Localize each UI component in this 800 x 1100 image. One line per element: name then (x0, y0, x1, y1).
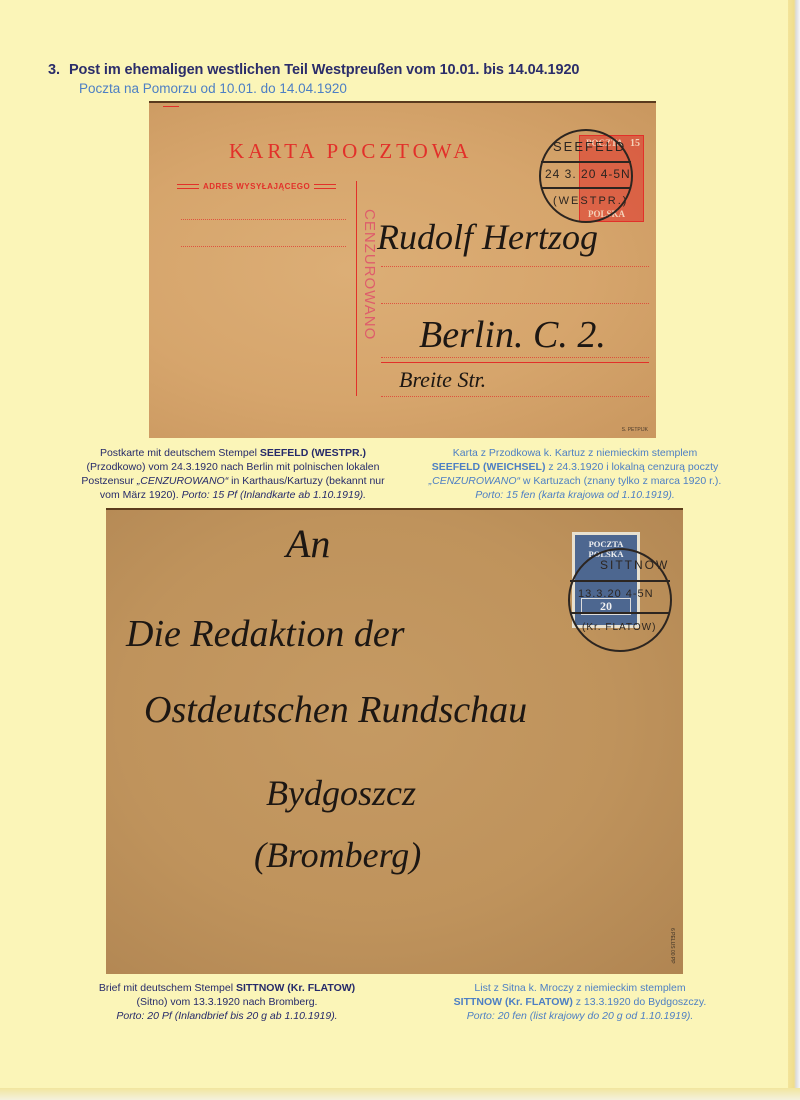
section-number: 3. (48, 62, 65, 78)
decorative-rule (314, 184, 336, 189)
stamp-top-text: POCZTA (575, 539, 637, 549)
section-title-text: Post im ehemaligen westlichen Teil Westp… (69, 62, 579, 78)
postmark-bar (570, 580, 670, 582)
address-line (381, 396, 649, 397)
sender-label-text: ADRES WYSYŁAJĄCEGO (203, 182, 310, 191)
caption-letter-polish: List z Sitna k. Mroczy z niemieckim stem… (420, 981, 740, 1023)
postmark-district: (WESTPR.) (553, 195, 628, 207)
printer-mark: S. PETPIJK (622, 427, 648, 433)
postmark-date: 24 3. 20 4-5N (545, 167, 631, 181)
postmark-date: 13.3.20 4-5N (578, 588, 654, 600)
postmark-bar (570, 612, 670, 614)
page-bottom-edge (0, 1088, 800, 1100)
address-line (381, 303, 649, 304)
postmark-town: SITTNOW (600, 558, 669, 572)
address-underline (381, 362, 649, 363)
decorative-rule (177, 184, 199, 189)
caption-postcard-polish: Karta z Przodkowa k. Kartuz z niemieckim… (420, 446, 730, 502)
stamp-value: 15 (630, 138, 640, 149)
caption-letter-german: Brief mit deutschem Stempel SITTNOW (Kr.… (62, 981, 392, 1023)
sender-line (181, 246, 346, 247)
postcard-image: KARTA POCZTOWA ADRES WYSYŁAJĄCEGO POCZTA… (149, 101, 656, 438)
section-title: 3. Post im ehemaligen westlichen Teil We… (48, 62, 579, 78)
postcard-divider (356, 181, 357, 396)
censor-mark: CENZUROWANO (361, 209, 378, 340)
handwritten-name: Rudolf Hertzog (377, 216, 598, 258)
page-edge (788, 0, 800, 1100)
sender-line (181, 219, 346, 220)
handwritten-city: Berlin. C. 2. (419, 313, 606, 357)
handwritten-city: Bydgoszcz (266, 772, 416, 814)
handwritten-city-german: (Bromberg) (254, 834, 421, 876)
caption-postcard-german: Postkarte mit deutschem Stempel SEEFELD … (74, 446, 392, 502)
handwritten-newspaper: Ostdeutschen Rundschau (144, 688, 527, 732)
postcard-title: KARTA POCZTOWA (229, 139, 472, 164)
handwritten-salutation: An (286, 520, 330, 567)
handwritten-street: Breite Str. (399, 367, 486, 393)
postmark-bar (541, 161, 631, 163)
address-line (381, 266, 649, 267)
postmark-town: SEEFELD (553, 139, 626, 154)
sender-address-label: ADRES WYSYŁAJĄCEGO (177, 182, 336, 191)
postmark-seefeld: SEEFELD 24 3. 20 4-5N (WESTPR.) (539, 129, 633, 223)
postmark-sittnow: SITTNOW 13.3.20 4-5N (Kr. FLATOW) (568, 548, 672, 652)
address-line (381, 357, 649, 358)
postmark-bar (541, 187, 631, 189)
handwritten-recipient: Die Redaktion der (126, 612, 405, 656)
printer-mark: 6 PELUS 00 PP (669, 928, 675, 964)
envelope-image: POCZTA POLSKA 20 SITTNOW 13.3.20 4-5N (K… (106, 508, 683, 974)
postmark-district: (Kr. FLATOW) (582, 622, 656, 633)
section-subtitle: Poczta na Pomorzu od 10.01. do 14.04.192… (79, 81, 347, 96)
corner-tick (163, 106, 179, 107)
